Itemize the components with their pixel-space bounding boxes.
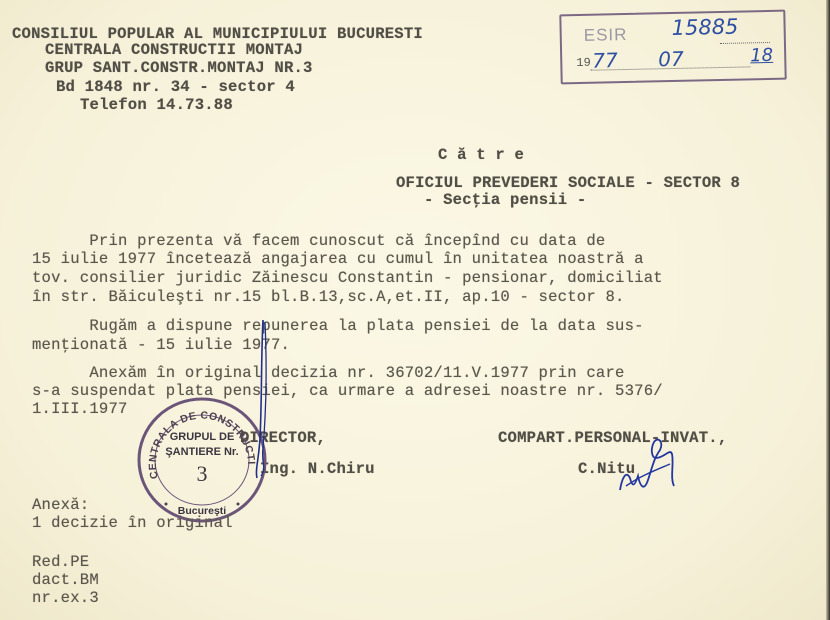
body-line: Anexăm în original decizia nr. 36702/11.… bbox=[32, 365, 625, 381]
registration-day: 18 bbox=[750, 45, 773, 66]
registration-number-underline bbox=[720, 42, 770, 44]
letterhead-line-5: Telefon 14.73.88 bbox=[80, 97, 233, 113]
recipient-salutation: C ă t r e bbox=[438, 147, 524, 163]
director-name: Ing. N.Chiru bbox=[260, 461, 375, 477]
footer-typist: dact.BM bbox=[32, 572, 99, 588]
body-line: 1.III.1977 bbox=[32, 401, 128, 417]
body-line: tov. consilier juridic Zăinescu Constant… bbox=[32, 270, 663, 286]
registration-year-prefix: 19 bbox=[576, 56, 591, 70]
seal-line-1: GRUPUL DE bbox=[170, 431, 235, 443]
recipient-office: OFICIUL PREVEDERI SOCIALE - SECTOR 8 bbox=[396, 175, 740, 191]
footer-copies: nr.ex.3 bbox=[32, 590, 99, 606]
body-line: Rugăm a dispune repunerea la plata pensi… bbox=[32, 318, 644, 334]
personnel-signature-icon bbox=[612, 428, 682, 498]
letterhead-line-4: Bd 1848 nr. 34 - sector 4 bbox=[56, 79, 295, 95]
recipient-section: - Secţia pensii - bbox=[424, 192, 586, 208]
registration-stamp: ESIR 15885 19 77 07 18 bbox=[559, 10, 786, 85]
body-line: s-a suspendat plata pensiei, ca urmare a… bbox=[32, 383, 663, 399]
registration-number: 15885 bbox=[671, 15, 738, 40]
letterhead-line-1: CONSILIUL POPULAR AL MUNICIPIULUI BUCURE… bbox=[12, 26, 423, 42]
letterhead-line-2: CENTRALA CONSTRUCTII MONTAJ bbox=[45, 42, 303, 58]
body-line: în str. Băiculeşti nr.15 bl.B.13,sc.A,et… bbox=[32, 289, 625, 305]
annex-label: Anexă: bbox=[32, 497, 89, 513]
footer-redactor: Red.PE bbox=[32, 554, 89, 570]
annex-item: 1 decizie în original bbox=[32, 515, 233, 531]
seal-line-2: ŞANTIERE Nr. bbox=[165, 446, 238, 458]
director-signature-icon bbox=[245, 318, 275, 483]
paper-edge-shadow bbox=[826, 0, 830, 620]
letterhead-line-3: GRUP SANT.CONSTR.MONTAJ NR.3 bbox=[45, 60, 313, 76]
registration-label: ESIR bbox=[584, 25, 628, 46]
body-line: 15 iulie 1977 încetează angajarea cu cum… bbox=[32, 251, 644, 267]
seal-number: 3 bbox=[197, 461, 208, 486]
body-line: Prin prezenta vă facem cunoscut că încep… bbox=[32, 233, 605, 249]
